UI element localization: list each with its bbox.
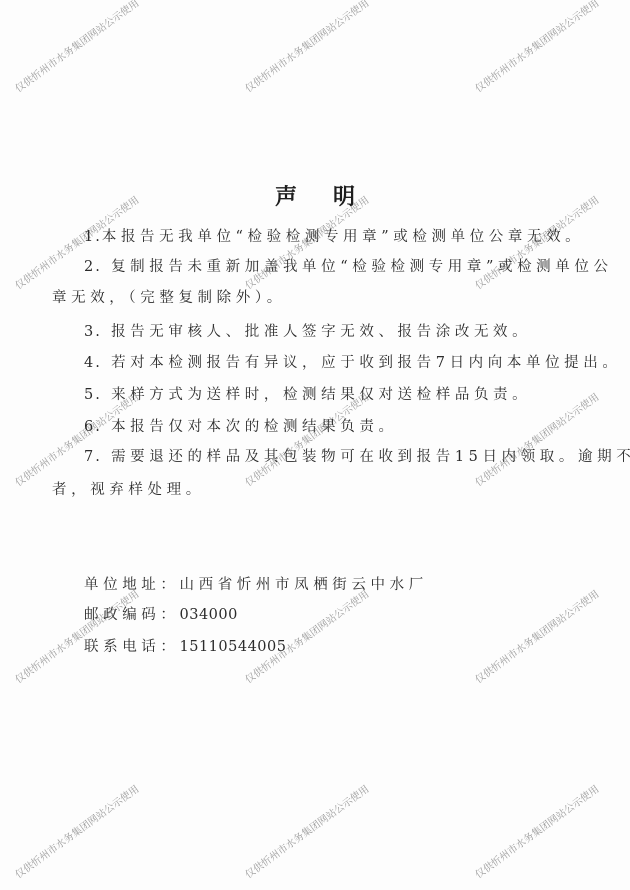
watermark: 仅供忻州市水务集团网站公示使用: [241, 781, 371, 881]
postcode-line: 邮政编码：034000: [84, 605, 238, 625]
statement-item-2-continued: 章无效，（完整复制除外）。: [52, 288, 286, 308]
statement-item-7: 7. 需要退还的样品及其包装物可在收到报告15日内领取。逾期不领: [84, 447, 630, 467]
item-number: 1.: [84, 229, 102, 245]
item-text: 复制报告未重新加盖我单位“检验检测专用章”或检测单位公: [111, 259, 613, 275]
item-text: 本报告无我单位“检验检测专用章”或检测单位公章无效。: [102, 229, 584, 245]
document-page: 仅供忻州市水务集团网站公示使用 仅供忻州市水务集团网站公示使用 仅供忻州市水务集…: [0, 0, 630, 890]
address-value: 山西省忻州市凤栖街云中水厂: [180, 577, 428, 593]
statement-item-3: 3. 报告无审核人、批准人签字无效、报告涂改无效。: [84, 322, 531, 342]
statement-item-5: 5. 来样方式为送样时，检测结果仅对送检样品负责。: [84, 385, 531, 405]
phone-value: 15110544005: [180, 639, 287, 655]
postcode-value: 034000: [180, 607, 238, 623]
watermark: 仅供忻州市水务集团网站公示使用: [471, 0, 601, 95]
watermark: 仅供忻州市水务集团网站公示使用: [11, 586, 141, 686]
watermark: 仅供忻州市水务集团网站公示使用: [241, 0, 371, 95]
phone-line: 联系电话：15110544005: [84, 637, 286, 657]
watermark: 仅供忻州市水务集团网站公示使用: [471, 781, 601, 881]
phone-label: 联系电话：: [84, 639, 180, 655]
title-char: 明: [333, 183, 355, 213]
postcode-label: 邮政编码：: [84, 607, 180, 623]
item-text: 报告无审核人、批准人签字无效、报告涂改无效。: [111, 324, 531, 340]
statement-item-2: 2. 复制报告未重新加盖我单位“检验检测专用章”或检测单位公: [84, 257, 613, 277]
item-text: 来样方式为送样时，检测结果仅对送检样品负责。: [111, 387, 531, 403]
item-number: 3.: [84, 324, 102, 340]
item-text: 章无效，（完整复制除外）。: [52, 290, 286, 306]
address-line: 单位地址：山西省忻州市凤栖街云中水厂: [84, 575, 428, 595]
item-text: 若对本检测报告有异议，应于收到报告7日内向本单位提出。: [111, 355, 621, 371]
item-text: 需要退还的样品及其包装物可在收到报告15日内领取。逾期不领: [111, 449, 630, 465]
item-number: 6.: [84, 419, 102, 435]
address-label: 单位地址：: [84, 577, 180, 593]
item-number: 4.: [84, 355, 102, 371]
statement-item-7-continued: 者，视弃样处理。: [52, 480, 205, 500]
item-number: 7.: [84, 449, 102, 465]
statement-item-4: 4. 若对本检测报告有异议，应于收到报告7日内向本单位提出。: [84, 353, 622, 373]
item-number: 2.: [84, 259, 102, 275]
title-char: 声: [275, 183, 297, 213]
item-text: 本报告仅对本次的检测结果负责。: [111, 419, 398, 435]
page-title: 声明: [0, 183, 630, 213]
watermark: 仅供忻州市水务集团网站公示使用: [471, 586, 601, 686]
item-text: 者，视弃样处理。: [52, 482, 205, 498]
item-number: 5.: [84, 387, 102, 403]
statement-item-1: 1.本报告无我单位“检验检测专用章”或检测单位公章无效。: [84, 227, 584, 247]
statement-item-6: 6. 本报告仅对本次的检测结果负责。: [84, 417, 398, 437]
watermark: 仅供忻州市水务集团网站公示使用: [11, 0, 141, 95]
watermark: 仅供忻州市水务集团网站公示使用: [11, 781, 141, 881]
watermark: 仅供忻州市水务集团网站公示使用: [241, 586, 371, 686]
